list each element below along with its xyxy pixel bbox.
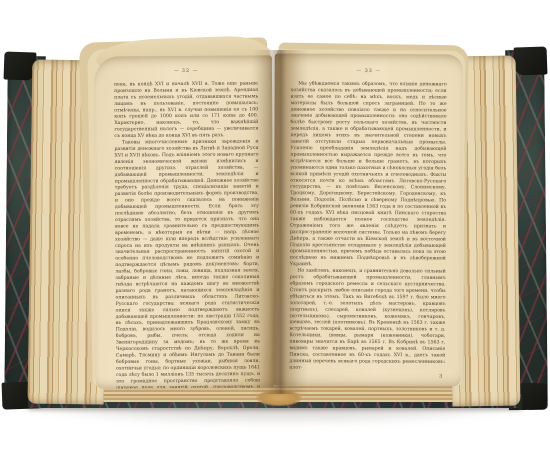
left-page-paragraph: пека, въ концѣ XVI и началѣ XVII в. Тоже… <box>114 80 258 139</box>
left-page-paragraph: Таковы многочисленные признаки зарождені… <box>114 139 260 389</box>
signature-mark: 3 <box>289 372 442 379</box>
worn-spine-patch <box>256 390 302 406</box>
right-page-paragraph: Но замѣтенъ, наконецъ, и сравнительно до… <box>289 268 446 372</box>
left-page-number: — 32 — <box>114 67 258 74</box>
right-page-number: — 33 — <box>291 68 447 75</box>
right-page: — 33 — Мы убѣждаемся такимъ образомъ, чт… <box>273 54 463 387</box>
right-page-paragraph: Мы убѣждаемся такимъ образомъ, что вліян… <box>290 81 447 269</box>
right-page-text: — 33 — Мы убѣждаемся такимъ образомъ, чт… <box>289 68 447 380</box>
photo-open-book: — 32 — пека, въ концѣ XVI и началѣ XVII … <box>0 0 550 450</box>
left-page: — 32 — пека, въ концѣ XVI и началѣ XVII … <box>94 55 274 388</box>
left-page-text: — 32 — пека, въ концѣ XVI и началѣ XVII … <box>114 67 260 388</box>
right-cover-top-corner <box>514 46 548 75</box>
